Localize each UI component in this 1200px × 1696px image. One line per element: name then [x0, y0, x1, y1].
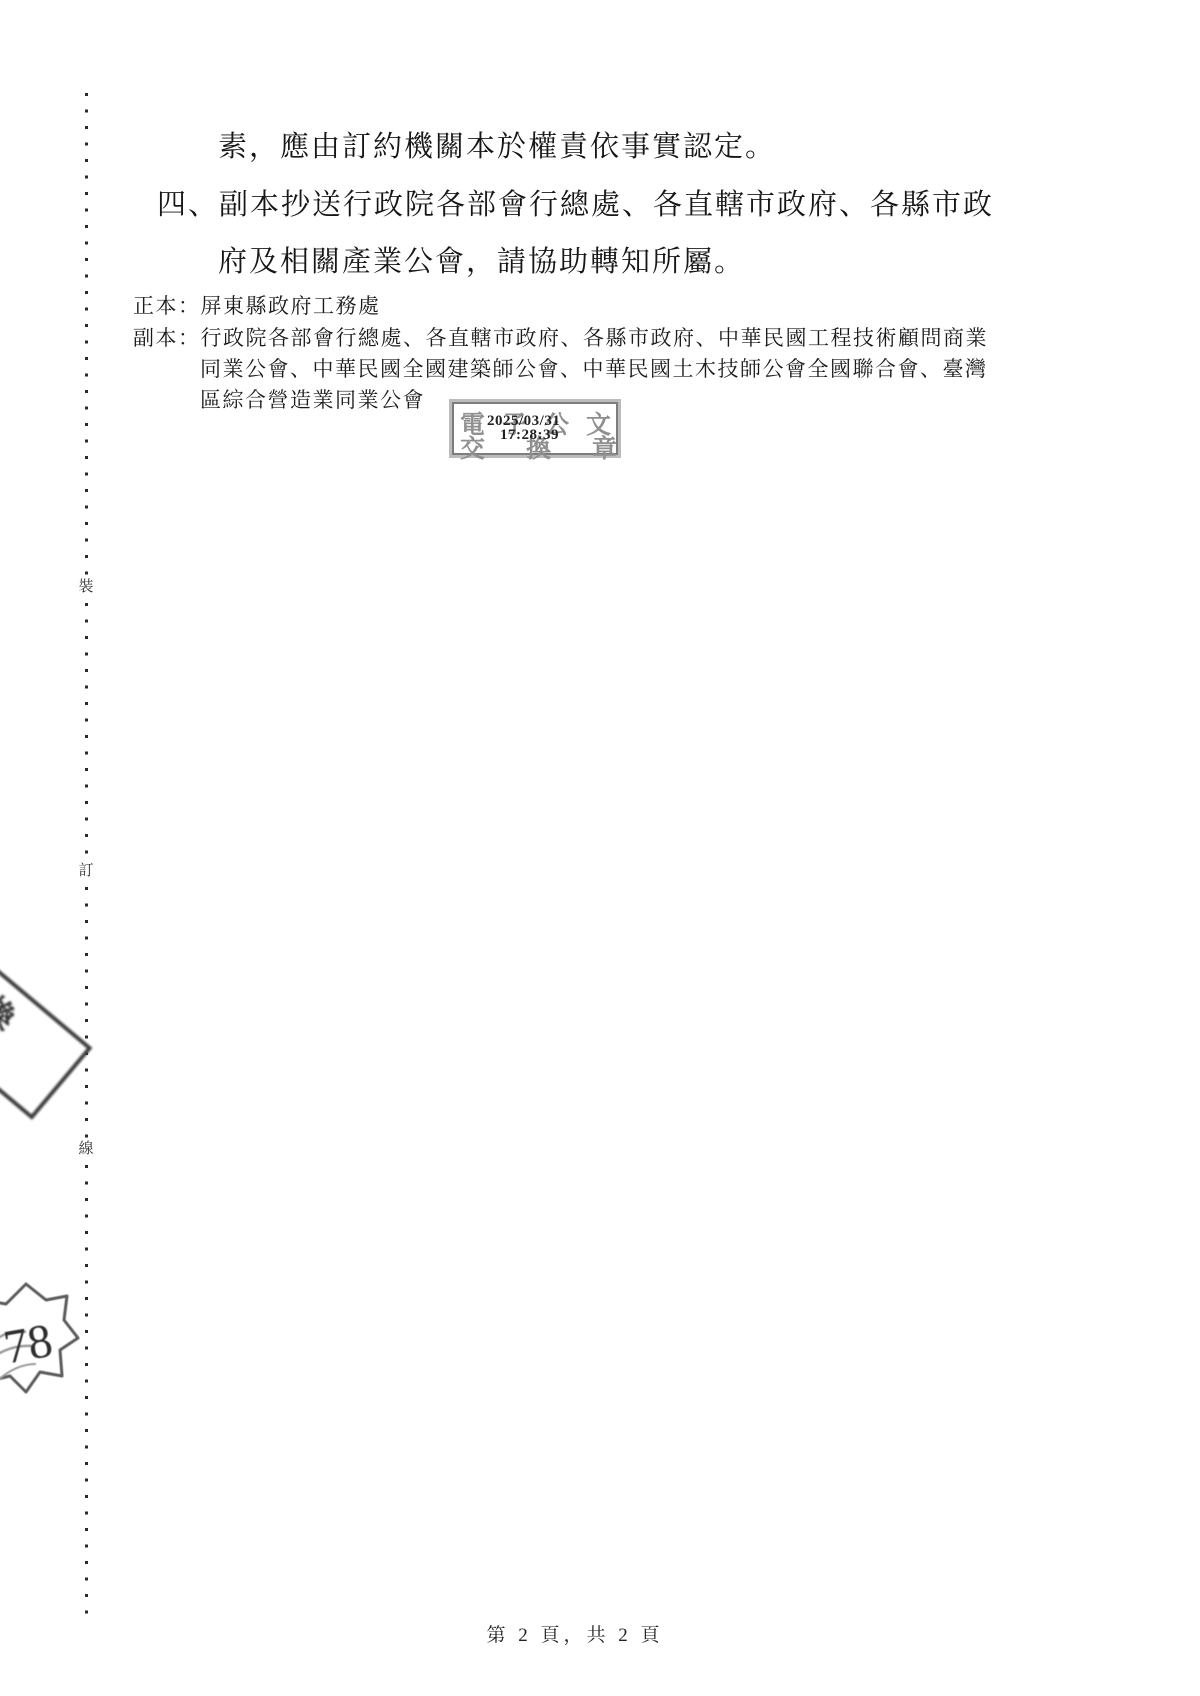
body-line-2: 四、副本抄送行政院各部會行總處、各直轄市政府、各縣市政 — [157, 182, 994, 223]
copy-recipient-line-2: 同業公會、中華民國全國建築師公會、中華民國土木技師公會全國聯合會、臺灣 — [200, 353, 988, 383]
body-line-3: 府及相關產業公會，請協助轉知所屬。 — [218, 239, 745, 280]
binding-dotted-line-segment — [85, 887, 88, 1139]
copy-recipient-value-1: 行政院各部會行總處、各直轄市政府、各縣市政府、中華民國工程技術顧問商業 — [201, 326, 989, 350]
binding-mark-xian: 線 — [77, 1140, 95, 1158]
binding-mark-ding: 訂 — [77, 862, 95, 880]
side-exchange-stamp: 公換 文章 — [0, 950, 92, 1120]
primary-recipient-label: 正本： — [133, 294, 201, 318]
archive-number-seal: 78 — [0, 1280, 82, 1406]
electronic-exchange-stamp: 電子公文 交換章 2025/03/31 17:28:39 — [452, 402, 618, 455]
document-page: 裝 訂 線 素，應由訂約機關本於權責依事實認定。 四、副本抄送行政院各部會行總處… — [0, 0, 1200, 1696]
primary-recipient-value: 屏東縣政府工務處 — [201, 294, 381, 318]
binding-dotted-line-segment — [85, 93, 88, 577]
binding-dotted-line-segment — [85, 1165, 88, 1617]
page-footer: 第 2 頁，共 2 頁 — [0, 1620, 1150, 1647]
binding-mark-zhuang: 裝 — [77, 578, 95, 596]
body-line-1: 素，應由訂約機關本於權責依事實認定。 — [218, 124, 776, 165]
copy-recipient-line-3: 區綜合營造業同業公會 — [200, 384, 425, 414]
exchange-stamp-time: 17:28:39 — [500, 427, 559, 444]
binding-dotted-line-segment — [85, 603, 88, 861]
copy-recipient-label: 副本： — [133, 326, 201, 350]
copy-recipient-line-1: 副本：行政院各部會行總處、各直轄市政府、各縣市政府、中華民國工程技術顧問商業 — [133, 322, 988, 352]
primary-recipient-line: 正本：屏東縣政府工務處 — [133, 290, 381, 320]
archive-number-text: 78 — [0, 1314, 56, 1375]
